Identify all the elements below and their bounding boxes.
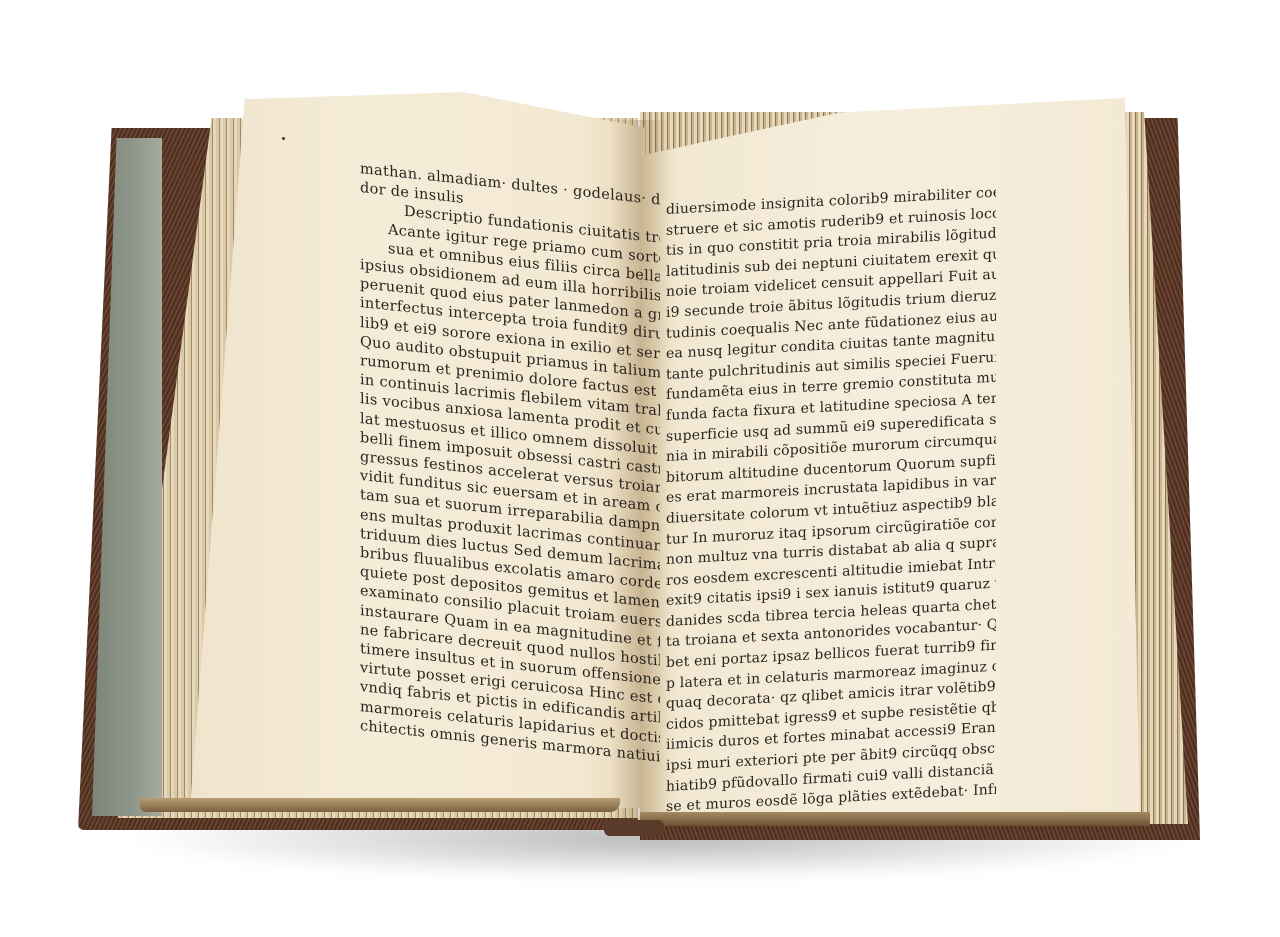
ink-mark xyxy=(282,137,285,140)
spine-headband xyxy=(604,820,664,836)
right-page-text: diuersimode insignita colorib9 mirabilit… xyxy=(666,183,996,818)
left-bottom-edge xyxy=(140,798,620,812)
left-page-text: mathan. almadiam· dultes · godelaus· dul… xyxy=(360,160,660,768)
